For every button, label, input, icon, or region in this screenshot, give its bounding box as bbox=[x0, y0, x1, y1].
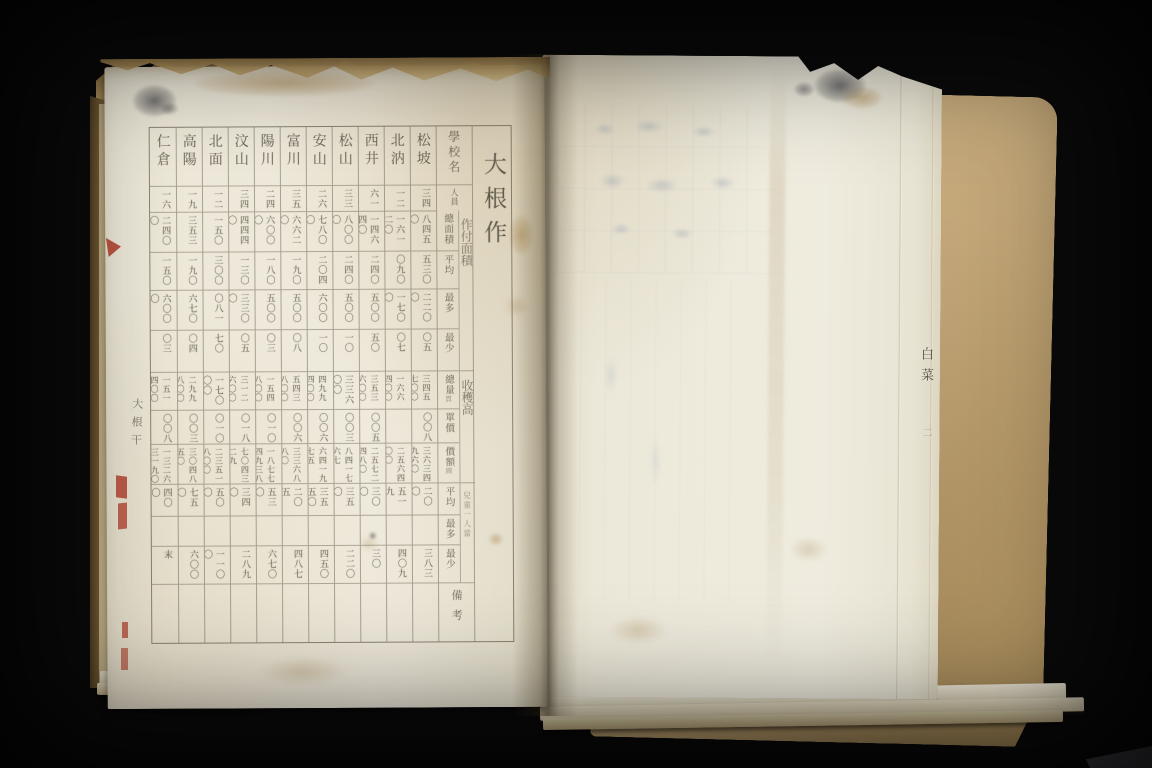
school-column: 北面一二一五〇三〇〇〇八一七〇一七〇〇〇〇一〇二三五一八〇〇五〇〇一一〇〇 bbox=[202, 128, 231, 643]
table-cell: 二六 bbox=[307, 185, 332, 211]
ink-smudge bbox=[814, 69, 866, 103]
bleed-blob bbox=[599, 173, 625, 189]
table-cell: 一五四八〇〇 bbox=[256, 371, 281, 409]
bleed-blob bbox=[649, 435, 661, 487]
table-cell: 一五〇 bbox=[150, 252, 176, 290]
school-column: 松山三三八〇〇〇二四〇五〇〇一〇三三六〇〇〇〇三八四一七六七三五〇二二〇 bbox=[332, 127, 361, 642]
bleed-blob bbox=[611, 223, 631, 235]
table-cell: 一五〇 bbox=[203, 212, 228, 252]
table-cell: 二四〇〇 bbox=[150, 212, 176, 252]
table-cell bbox=[309, 515, 334, 545]
table-cell: 〇三 bbox=[256, 329, 281, 371]
margin-note: 大根干 bbox=[127, 398, 145, 453]
table-cell: 四八七 bbox=[283, 545, 308, 583]
table-cell: 三三六八八〇 bbox=[282, 443, 307, 483]
header-column: 學校名人員人總面積坪平均最多最少總量貫單價價額圓平均最多最少作付面積收穫高兒童一… bbox=[436, 126, 475, 641]
table-cell: 五三〇 bbox=[411, 250, 436, 288]
school-column: 安山二六七八〇〇二〇四六〇〇一〇四九九四〇〇〇〇六六四一九七五三五五〇四五〇 bbox=[306, 127, 335, 642]
table-cell: 六〇〇〇 bbox=[255, 211, 280, 251]
row-label: 單價 bbox=[438, 408, 459, 442]
row-label: 平均 bbox=[437, 250, 458, 288]
row-label: 總面積坪 bbox=[437, 210, 458, 250]
table-cell: 〇〇八 bbox=[151, 410, 177, 444]
page-edge-number: 二 bbox=[918, 427, 933, 437]
table-cell: 四九九四〇〇 bbox=[308, 371, 333, 409]
table-cell: 三三 bbox=[333, 185, 358, 211]
brown-stain bbox=[194, 70, 374, 97]
bleed-blob bbox=[594, 123, 616, 135]
table-cell: 五一九 bbox=[387, 483, 412, 515]
row-label: 最少 bbox=[439, 544, 460, 582]
brown-stain bbox=[842, 87, 882, 109]
table-cell: 三八三 bbox=[413, 544, 438, 582]
school-name: 西井里 bbox=[359, 127, 384, 185]
table-cell: 七〇四三二九 bbox=[230, 443, 255, 483]
right-page bbox=[538, 55, 942, 700]
table-cell: 三四 bbox=[229, 185, 254, 211]
school-name: 北汭 bbox=[385, 127, 410, 185]
row-label: 平均 bbox=[439, 482, 460, 514]
table-cell: 三四五七〇〇 bbox=[412, 370, 437, 408]
table-cell: 〇一〇 bbox=[204, 410, 229, 444]
table-cell: 二五七二四八〇 bbox=[360, 443, 385, 483]
table-cell: 〇〇六 bbox=[308, 409, 333, 443]
table-cell bbox=[361, 583, 386, 642]
page-edge-label: 白菜 bbox=[916, 347, 935, 389]
table-cell: 〇五 bbox=[230, 329, 255, 371]
table-cell: 二〇五 bbox=[283, 483, 308, 515]
table-cell: 三〇〇 bbox=[203, 252, 228, 290]
table-cell bbox=[413, 582, 438, 641]
table-cell: 二二〇 bbox=[335, 545, 360, 583]
table-cell: 八四五〇 bbox=[411, 210, 436, 250]
faint-stain bbox=[608, 615, 668, 645]
remarks-label: 備考 bbox=[439, 582, 474, 641]
school-column: 富川三五六六二〇一九〇五〇〇〇八五四三八〇〇〇〇六三三六八八〇二〇五四八七 bbox=[280, 127, 309, 642]
faint-stain bbox=[789, 536, 829, 562]
ink-smudge bbox=[161, 103, 179, 115]
table-cell: 二四〇 bbox=[333, 251, 358, 289]
table-cell bbox=[205, 516, 230, 546]
table-cell bbox=[335, 583, 360, 642]
left-page: 仁倉一六二四〇〇一五〇六〇〇〇〇三一五一四〇〇〇〇八一三二六三一九〇四〇〇末高陽… bbox=[104, 65, 547, 709]
table-cell: 二四 bbox=[255, 185, 280, 211]
page-crease bbox=[896, 57, 903, 699]
school-column: 北汭一二一六一二〇〇九〇一七〇〇〇七一六六四〇〇二五六四〇〇五一九四〇九 bbox=[384, 127, 413, 642]
table-cell: 一三二六三一九〇 bbox=[151, 444, 177, 484]
table-cell: 六〇〇 bbox=[179, 546, 204, 584]
row-label-subcolumn: 總面積坪平均最多最少總量貫單價價額圓平均最多最少 bbox=[437, 210, 460, 582]
table-cell: 〇三 bbox=[151, 330, 177, 372]
red-edge-mark bbox=[116, 475, 127, 499]
table-cell bbox=[179, 584, 204, 643]
table-cell: 二三五一八〇〇 bbox=[204, 444, 229, 484]
table-cell: 一七〇〇〇 bbox=[204, 372, 229, 410]
table-cell: 三〇 bbox=[361, 545, 386, 583]
school-name: 松坡 bbox=[411, 126, 436, 184]
bleed-blob bbox=[709, 176, 735, 190]
row-label: 最多 bbox=[437, 288, 458, 328]
table-cell bbox=[152, 516, 178, 546]
torn-top-edge bbox=[100, 57, 550, 87]
table-cell: 三五三 bbox=[177, 212, 202, 252]
table-cell: 〇一〇 bbox=[256, 409, 281, 443]
table-cell: 三四〇 bbox=[231, 483, 256, 515]
bleed-blob bbox=[634, 119, 664, 133]
table-cell: 〇〇八 bbox=[412, 408, 437, 442]
table-cell: 七五〇 bbox=[179, 484, 204, 516]
table-cell: 二八九 bbox=[231, 545, 256, 583]
table-cell bbox=[231, 515, 256, 545]
header-middle: 總面積坪平均最多最少總量貫單價價額圓平均最多最少作付面積收穫高兒童一人當 bbox=[437, 210, 474, 582]
table-cell: 一四六四〇 bbox=[359, 211, 384, 251]
table-cell: 二〇四 bbox=[307, 251, 332, 289]
table-cell: 五三〇 bbox=[257, 483, 282, 515]
school-name: 仁倉 bbox=[150, 128, 176, 186]
table-cell: 三四 bbox=[411, 184, 436, 210]
table-cell: 一二 bbox=[385, 185, 410, 211]
table-corner-object bbox=[1086, 746, 1152, 768]
table-cell: 一七〇〇 bbox=[385, 289, 410, 329]
table-cell: 一二 bbox=[203, 186, 228, 212]
school-name: 松山 bbox=[333, 127, 358, 185]
page-title: 大根作 bbox=[473, 126, 514, 254]
table-cell: 六〇〇 bbox=[307, 289, 332, 329]
table-cell: 一六 bbox=[150, 186, 176, 212]
red-edge-mark bbox=[121, 648, 128, 670]
table-cell: 三六三四九六〇 bbox=[412, 442, 437, 482]
table-cell: 三三六〇〇 bbox=[334, 371, 359, 409]
photo-of-open-ledger: 仁倉一六二四〇〇一五〇六〇〇〇〇三一五一四〇〇〇〇八一三二六三一九〇四〇〇末高陽… bbox=[0, 0, 1152, 768]
school-column: 仁倉一六二四〇〇一五〇六〇〇〇〇三一五一四〇〇〇〇八一三二六三一九〇四〇〇末 bbox=[150, 128, 179, 643]
table-cell bbox=[335, 515, 360, 545]
school-name: 陽川 bbox=[255, 127, 280, 185]
table-cell: 一〇 bbox=[334, 329, 359, 371]
table-cell: 六七〇 bbox=[257, 545, 282, 583]
table-cell: 一六六四〇〇 bbox=[386, 371, 411, 409]
table-cell: 三〇〇 bbox=[361, 483, 386, 515]
table-cell bbox=[205, 584, 230, 643]
faint-stain bbox=[257, 656, 347, 686]
school-name: 高陽 bbox=[177, 128, 202, 186]
table-cell: 四〇九 bbox=[387, 545, 412, 583]
table-cell bbox=[309, 583, 334, 642]
table-cell: 一五一四〇〇 bbox=[151, 372, 177, 410]
table-cell bbox=[386, 409, 411, 443]
table-cell: 三五 bbox=[281, 185, 306, 211]
radish-crop-table: 仁倉一六二四〇〇一五〇六〇〇〇〇三一五一四〇〇〇〇八一三二六三一九〇四〇〇末高陽… bbox=[149, 125, 515, 644]
table-cell bbox=[283, 583, 308, 642]
row-label: 人員人 bbox=[437, 184, 472, 210]
table-cell: 〇七 bbox=[386, 329, 411, 371]
table-cell: 〇八一 bbox=[203, 290, 228, 330]
red-edge-mark bbox=[118, 503, 127, 530]
table-cell: 三五五〇 bbox=[309, 483, 334, 515]
table-cell: 〇〇六 bbox=[282, 409, 307, 443]
table-cell bbox=[152, 584, 178, 643]
table-cell: 六七〇 bbox=[177, 290, 202, 330]
table-cell bbox=[257, 515, 282, 545]
unit-mark: 圓 bbox=[444, 467, 452, 474]
unit-mark: 貫 bbox=[444, 395, 452, 402]
bleed-blob bbox=[604, 355, 618, 395]
table-cell: 〇八 bbox=[282, 329, 307, 371]
table-cell bbox=[179, 516, 204, 546]
title-column: 大根作 bbox=[472, 126, 515, 641]
table-cell bbox=[361, 515, 386, 545]
table-cell: 一八〇 bbox=[255, 251, 280, 289]
table-cell: 四四四〇 bbox=[229, 211, 254, 251]
table-cell: 二九九八〇〇 bbox=[178, 372, 203, 410]
table-cell: 六六二〇 bbox=[281, 211, 306, 251]
header-school-name-label: 學校名 bbox=[437, 126, 472, 184]
table-cell bbox=[387, 515, 412, 545]
table-cell: 〇四 bbox=[178, 330, 203, 372]
table-cell: 〇九〇 bbox=[385, 251, 410, 289]
table-cell bbox=[257, 583, 282, 642]
school-name: 富川 bbox=[281, 127, 306, 185]
table-cell: 三三〇〇 bbox=[229, 289, 254, 329]
table-cell: 四〇〇 bbox=[152, 484, 178, 516]
table-cell: 一八七七四九三八 bbox=[256, 443, 281, 483]
school-column: 高陽一九三五三一九〇六七〇〇四二九九八〇〇〇〇三三〇四八五〇七五〇六〇〇 bbox=[176, 128, 205, 643]
table-cell: 五〇〇 bbox=[255, 289, 280, 329]
table-cell: 五〇〇 bbox=[205, 484, 230, 516]
bleed-blob bbox=[692, 126, 716, 138]
table-cell: 末 bbox=[152, 546, 178, 584]
bleed-blob bbox=[645, 177, 679, 193]
table-cell: 〇一八 bbox=[230, 409, 255, 443]
school-name: 安山 bbox=[307, 127, 332, 185]
school-name: 汶山 bbox=[229, 127, 254, 185]
school-column: 西井里六一一四六四〇二四〇五〇〇五〇三五三六〇〇〇〇五二五七二四八〇三〇〇三〇 bbox=[358, 127, 387, 642]
table-cell: 〇〇三 bbox=[178, 410, 203, 444]
school-name: 北面 bbox=[203, 128, 228, 186]
table-cell: 一〇 bbox=[308, 329, 333, 371]
table-cell: 五〇〇 bbox=[359, 289, 384, 329]
row-label: 最少 bbox=[438, 328, 459, 370]
school-column: 汶山三四四四四〇一三〇三三〇〇〇五三一二六〇〇〇一八七〇四三二九三四〇二八九 bbox=[228, 127, 257, 642]
table-cell: 〇五 bbox=[412, 328, 437, 370]
table-cell: 二四〇 bbox=[359, 251, 384, 289]
row-label: 價額圓 bbox=[438, 442, 459, 482]
table-cell: 〇〇三 bbox=[334, 409, 359, 443]
table-cell: 一三〇 bbox=[229, 251, 254, 289]
table-cell: 六〇〇〇 bbox=[150, 290, 176, 330]
table-cell: 五〇 bbox=[360, 329, 385, 371]
red-edge-mark bbox=[122, 622, 128, 638]
table-cell: 一九〇 bbox=[281, 251, 306, 289]
school-column: 陽川二四六〇〇〇一八〇五〇〇〇三一五四八〇〇〇一〇一八七七四九三八五三〇六七〇 bbox=[254, 127, 283, 642]
table-cell: 一九〇 bbox=[177, 252, 202, 290]
table-cell: 七八〇〇 bbox=[307, 211, 332, 251]
bleed-blob bbox=[671, 228, 693, 240]
table-cell bbox=[387, 583, 412, 642]
table-cell: 三一二六〇〇 bbox=[230, 371, 255, 409]
table-cell: 三五三六〇〇 bbox=[360, 371, 385, 409]
table-cell bbox=[413, 514, 438, 544]
table-cell: 一一〇〇 bbox=[205, 546, 230, 584]
table-cell: 八〇〇〇 bbox=[333, 211, 358, 251]
table-cell: 四五〇 bbox=[309, 545, 334, 583]
table-cell: 三五〇 bbox=[335, 483, 360, 515]
table-cell bbox=[231, 583, 256, 642]
ink-smudge bbox=[794, 82, 814, 96]
table-cell: 五四三八〇〇 bbox=[282, 371, 307, 409]
table-cell: 一六一二〇 bbox=[385, 211, 410, 251]
table-cell: 二二〇〇 bbox=[411, 288, 436, 328]
table-cell: 二〇〇 bbox=[413, 482, 438, 514]
table-cell: 二五六四〇〇 bbox=[386, 443, 411, 483]
table-cell: 一九 bbox=[177, 186, 202, 212]
row-label: 總量貫 bbox=[438, 370, 459, 408]
table-cell bbox=[283, 515, 308, 545]
table-cell: 五〇〇 bbox=[333, 289, 358, 329]
table-cell: 八四一七六七 bbox=[334, 443, 359, 483]
table-cell: 六一 bbox=[359, 185, 384, 211]
school-column: 松坡三四八四五〇五三〇二二〇〇〇五三四五七〇〇〇〇八三六三四九六〇二〇〇三八三 bbox=[410, 126, 439, 641]
table-cell: 〇〇五 bbox=[360, 409, 385, 443]
fold-stain-streak bbox=[766, 66, 786, 666]
table-cell: 三〇四八五〇 bbox=[178, 444, 203, 484]
table-cell: 七〇 bbox=[204, 330, 229, 372]
table-cell: 六四一九七五 bbox=[308, 443, 333, 483]
ink-smudge bbox=[132, 85, 176, 117]
row-label: 最多 bbox=[439, 514, 460, 544]
table-cell: 五〇〇 bbox=[281, 289, 306, 329]
